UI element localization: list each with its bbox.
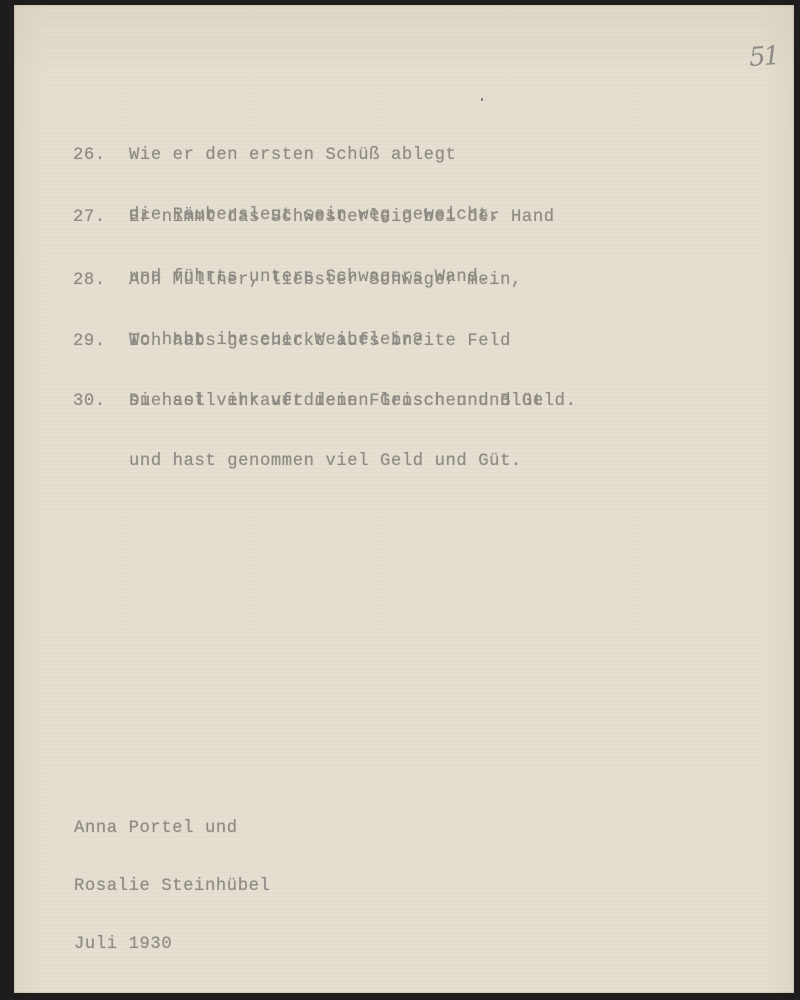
verse-number: 26. xyxy=(73,145,129,167)
handwritten-page-number: 51 xyxy=(748,41,779,73)
verse-line: Ich habs geschickt aufs breite Feld xyxy=(129,332,511,351)
verse-30: 30.Du hast verkauft dein Fleisch und Blü… xyxy=(73,353,544,511)
stray-ink-mark xyxy=(481,98,483,101)
signature-name-2: Rosalie Steinhübel xyxy=(74,877,270,897)
verse-number: 29. xyxy=(73,331,129,353)
verse-line: Er nimmt das Schwesterlein bei der Hand xyxy=(129,208,555,227)
signature-name-1: Anna Portel und xyxy=(74,819,270,839)
verse-number: 30. xyxy=(73,391,129,413)
verse-number: 27. xyxy=(73,207,129,229)
verse-line: Du hast verkauft dein Fleisch und Blüt xyxy=(129,392,544,411)
verse-line: und hast genommen viel Geld und Güt. xyxy=(129,452,522,471)
verse-line: Ach Müllner, liebster Schwager mein, xyxy=(129,271,522,290)
verse-number: 28. xyxy=(73,270,129,292)
document-page: 51 26.Wie er den ersten Schüß ablegt die… xyxy=(14,5,794,993)
signature-date: Juli 1930 xyxy=(74,935,270,955)
verse-line: Wie er den ersten Schüß ablegt xyxy=(129,146,456,165)
signature-block: Anna Portel und Rosalie Steinhübel Juli … xyxy=(74,781,270,993)
scan-frame: 51 26.Wie er den ersten Schüß ablegt die… xyxy=(0,0,800,1000)
